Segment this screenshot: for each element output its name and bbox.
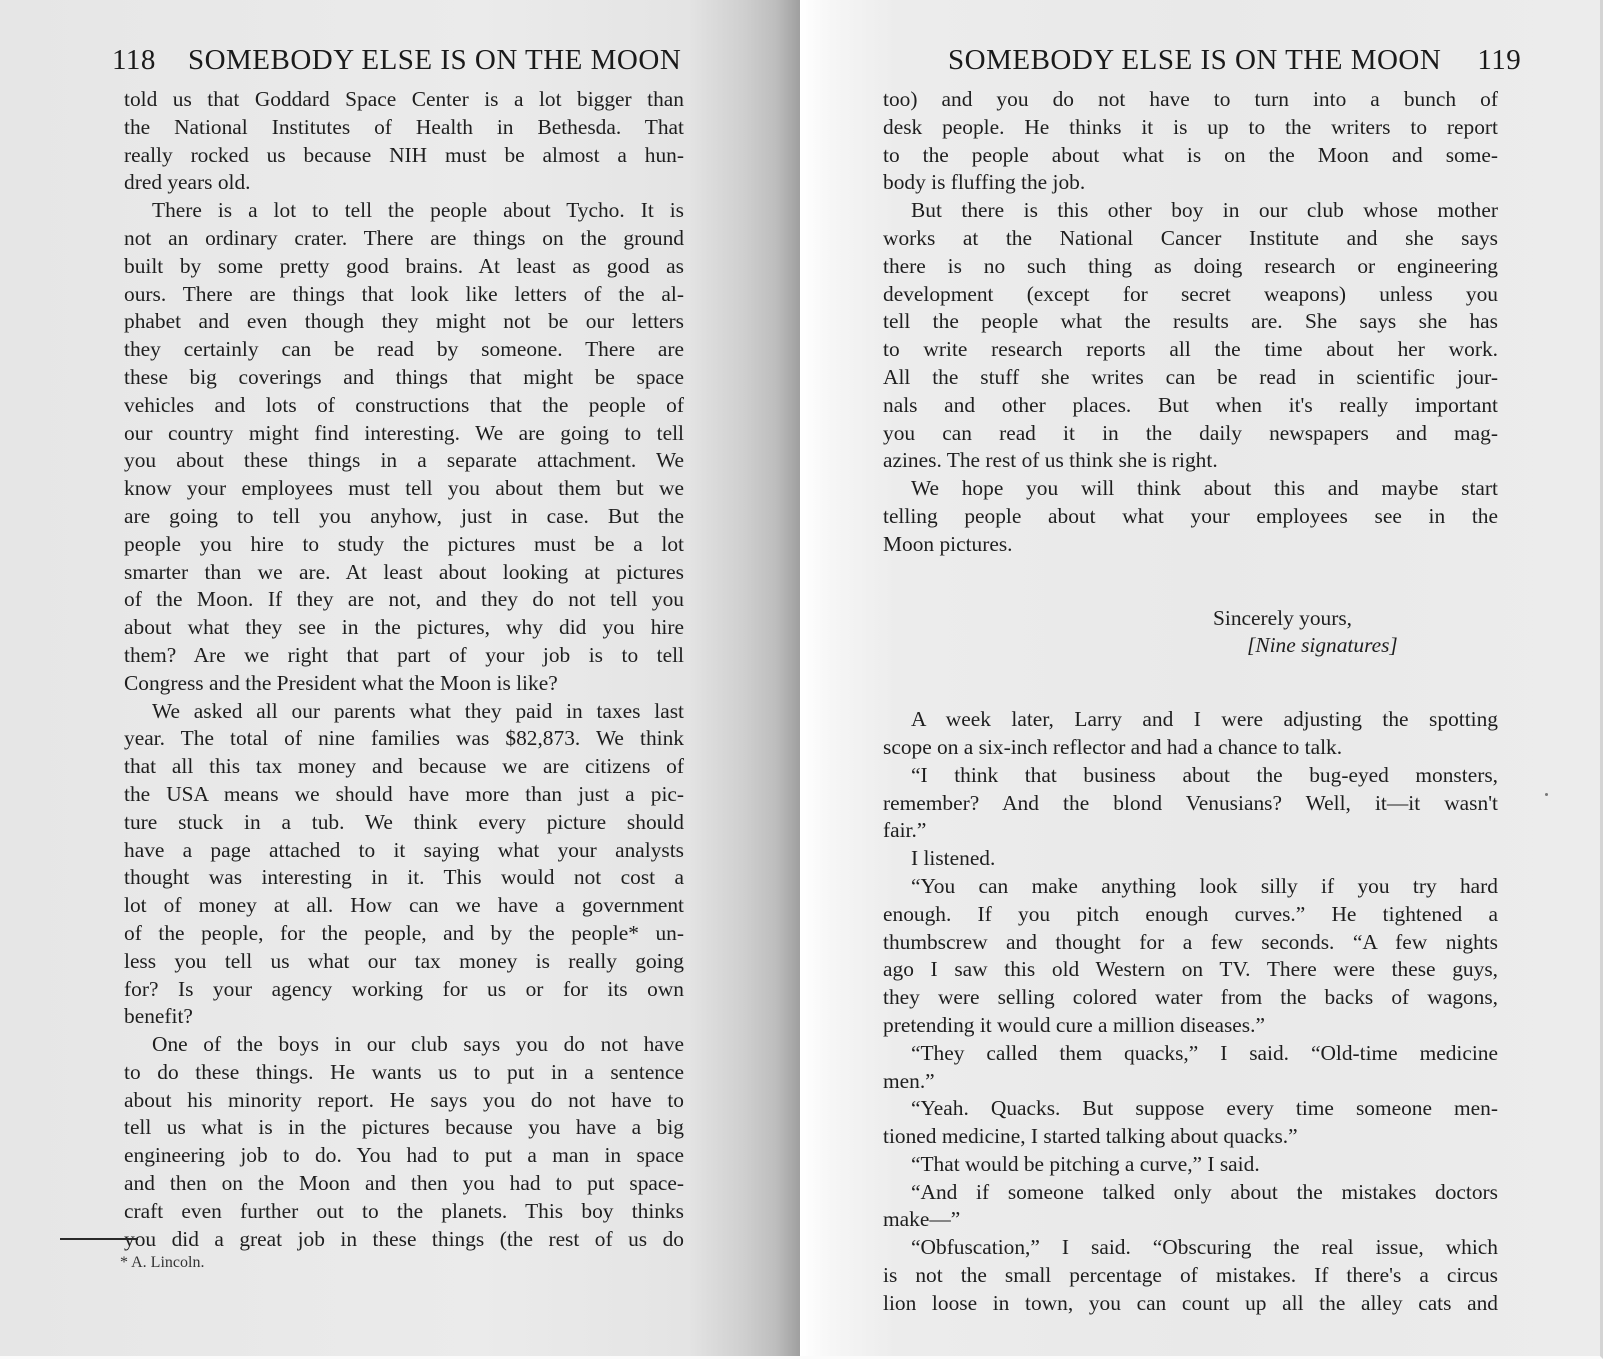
text-line: remember? And the blond Venusians? Well,… <box>883 790 1498 818</box>
text-line: scope on a six-inch reflector and had a … <box>883 734 1498 762</box>
text-line: that all this tax money and because we a… <box>124 753 684 781</box>
text-line: “And if someone talked only about the mi… <box>883 1179 1498 1207</box>
text-line: vehicles and lots of constructions that … <box>124 392 684 420</box>
text-line: pretending it would cure a million disea… <box>883 1012 1498 1040</box>
text-line: they were selling colored water from the… <box>883 984 1498 1012</box>
text-line: them? Are we right that part of your job… <box>124 642 684 670</box>
running-title: SOMEBODY ELSE IS ON THE MOON <box>948 44 1441 76</box>
narrative-text: A week later, Larry and I were adjusting… <box>883 706 1498 1318</box>
right-body-text: too) and you do not have to turn into a … <box>883 86 1498 1318</box>
text-line: less you tell us what our tax money is r… <box>124 948 684 976</box>
text-line: ago I saw this old Western on TV. There … <box>883 956 1498 984</box>
letter-continuation: too) and you do not have to turn into a … <box>883 86 1498 559</box>
text-line: “They called them quacks,” I said. “Old-… <box>883 1040 1498 1068</box>
text-line: desk people. He thinks it is up to the w… <box>883 114 1498 142</box>
text-line: tell the people what the results are. Sh… <box>883 308 1498 336</box>
text-line: of the people, for the people, and by th… <box>124 920 684 948</box>
text-line: lion loose in town, you can count up all… <box>883 1290 1498 1318</box>
text-line: built by some pretty good brains. At lea… <box>124 253 684 281</box>
text-line: “Obfuscation,” I said. “Obscuring the re… <box>883 1234 1498 1262</box>
text-line: One of the boys in our club says you do … <box>124 1031 684 1059</box>
left-page: 118SOMEBODY ELSE IS ON THE MOON told us … <box>0 0 800 1356</box>
text-line: told us that Goddard Space Center is a l… <box>124 86 684 114</box>
text-line: these big coverings and things that migh… <box>124 364 684 392</box>
text-line: nals and other places. But when it's rea… <box>883 392 1498 420</box>
text-line: they certainly can be read by someone. T… <box>124 336 684 364</box>
book-spread: 118SOMEBODY ELSE IS ON THE MOON told us … <box>0 0 1603 1359</box>
text-line: fair.” <box>883 817 1498 845</box>
text-line: All the stuff she writes can be read in … <box>883 364 1498 392</box>
print-speck <box>1545 793 1548 796</box>
text-line: people you hire to study the pictures mu… <box>124 531 684 559</box>
text-line: Moon pictures. <box>883 531 1498 559</box>
text-line: ture stuck in a tub. We think every pict… <box>124 809 684 837</box>
text-line: “I think that business about the bug-eye… <box>883 762 1498 790</box>
text-line: make—” <box>883 1206 1498 1234</box>
page-number: 118 <box>112 44 156 76</box>
text-line: We asked all our parents what they paid … <box>124 698 684 726</box>
text-line: thought was interesting in it. This woul… <box>124 864 684 892</box>
footnote-rule <box>60 1238 138 1240</box>
text-line: of the Moon. If they are not, and they d… <box>124 586 684 614</box>
text-line: benefit? <box>124 1003 684 1031</box>
text-line: engineering job to do. You had to put a … <box>124 1142 684 1170</box>
text-line: about his minority report. He says you d… <box>124 1087 684 1115</box>
text-line: and then on the Moon and then you had to… <box>124 1170 684 1198</box>
text-line: There is a lot to tell the people about … <box>124 197 684 225</box>
text-line: you did a great job in these things (the… <box>124 1226 684 1254</box>
text-line: lot of money at all. How can we have a g… <box>124 892 684 920</box>
text-line: our country might find interesting. We a… <box>124 420 684 448</box>
running-title: SOMEBODY ELSE IS ON THE MOON <box>188 44 681 76</box>
text-line: I listened. <box>883 845 1498 873</box>
text-line: to write research reports all the time a… <box>883 336 1498 364</box>
text-line: works at the National Cancer Institute a… <box>883 225 1498 253</box>
text-line: men.” <box>883 1068 1498 1096</box>
text-line: too) and you do not have to turn into a … <box>883 86 1498 114</box>
text-line: is not the small percentage of mistakes.… <box>883 1262 1498 1290</box>
text-line: “Yeah. Quacks. But suppose every time so… <box>883 1095 1498 1123</box>
text-line: the National Institutes of Health in Bet… <box>124 114 684 142</box>
text-line: year. The total of nine families was $82… <box>124 725 684 753</box>
text-line: are going to tell you anyhow, just in ca… <box>124 503 684 531</box>
text-line: you about these things in a separate att… <box>124 447 684 475</box>
letter-signature: [Nine signatures] <box>883 632 1498 660</box>
text-line: to the people about what is on the Moon … <box>883 142 1498 170</box>
text-line: “That would be pitching a curve,” I said… <box>883 1151 1498 1179</box>
text-line: not an ordinary crater. There are things… <box>124 225 684 253</box>
page-number: 119 <box>1477 44 1521 76</box>
text-line: dred years old. <box>124 169 684 197</box>
left-running-head: 118SOMEBODY ELSE IS ON THE MOON <box>112 44 681 77</box>
text-line: Congress and the President what the Moon… <box>124 670 684 698</box>
text-line: for? Is your agency working for us or fo… <box>124 976 684 1004</box>
text-line: azines. The rest of us think she is righ… <box>883 447 1498 475</box>
text-line: there is no such thing as doing research… <box>883 253 1498 281</box>
text-line: ours. There are things that look like le… <box>124 281 684 309</box>
text-line: you can read it in the daily newspapers … <box>883 420 1498 448</box>
text-line: telling people about what your employees… <box>883 503 1498 531</box>
text-line: have a page attached to it saying what y… <box>124 837 684 865</box>
text-line: A week later, Larry and I were adjusting… <box>883 706 1498 734</box>
text-line: phabet and even though they might not be… <box>124 308 684 336</box>
text-line: “You can make anything look silly if you… <box>883 873 1498 901</box>
text-line: really rocked us because NIH must be alm… <box>124 142 684 170</box>
text-line: tioned medicine, I started talking about… <box>883 1123 1498 1151</box>
text-line: But there is this other boy in our club … <box>883 197 1498 225</box>
text-line: enough. If you pitch enough curves.” He … <box>883 901 1498 929</box>
text-line: the USA means we should have more than j… <box>124 781 684 809</box>
text-line: craft even further out to the planets. T… <box>124 1198 684 1226</box>
text-line: tell us what is in the pictures because … <box>124 1114 684 1142</box>
letter-closing: Sincerely yours, <box>883 605 1498 633</box>
text-line: smarter than we are. At least about look… <box>124 559 684 587</box>
text-line: to do these things. He wants us to put i… <box>124 1059 684 1087</box>
right-running-head: SOMEBODY ELSE IS ON THE MOON119 <box>948 44 1521 77</box>
text-line: body is fluffing the job. <box>883 169 1498 197</box>
text-line: about what they see in the pictures, why… <box>124 614 684 642</box>
footnote: * A. Lincoln. <box>120 1254 204 1272</box>
text-line: We hope you will think about this and ma… <box>883 475 1498 503</box>
left-body-text: told us that Goddard Space Center is a l… <box>124 86 684 1253</box>
text-line: development (except for secret weapons) … <box>883 281 1498 309</box>
right-page: SOMEBODY ELSE IS ON THE MOON119 too) and… <box>800 0 1600 1356</box>
text-line: thumbscrew and thought for a few seconds… <box>883 929 1498 957</box>
text-line: know your employees must tell you about … <box>124 475 684 503</box>
